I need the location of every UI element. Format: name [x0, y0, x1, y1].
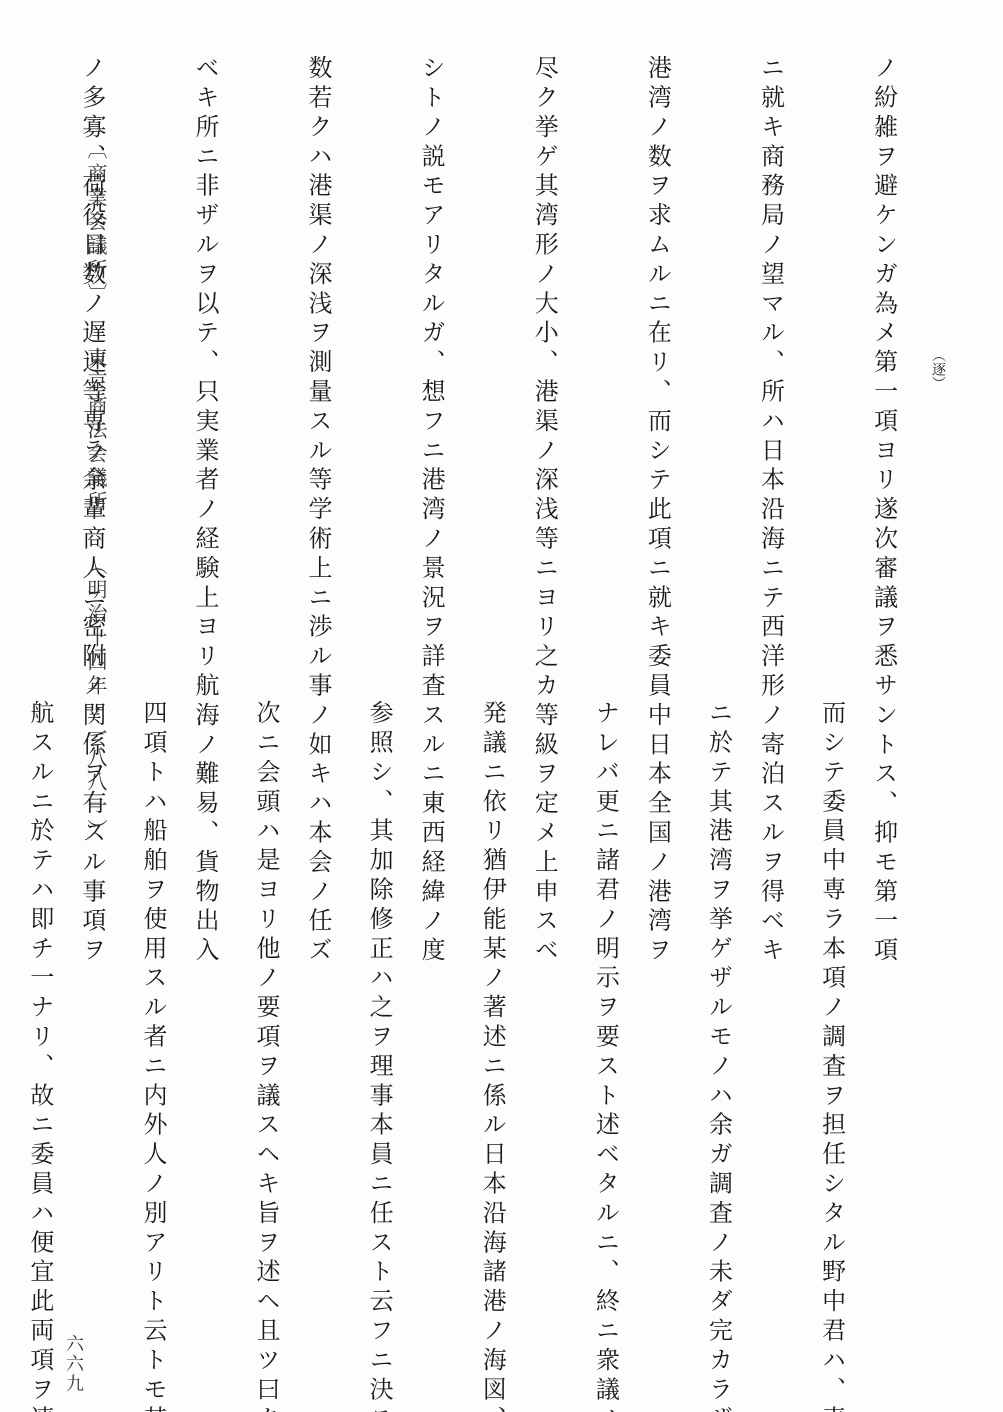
page-number: 六六九: [60, 1334, 86, 1394]
document-page: ノ紛雑ヲ避ケンガ為メ第一項ヨリ遂次審議ヲ悉サントス、抑モ第一項 ニ就キ商務局ノ望…: [0, 0, 1003, 1412]
text-column: シトノ説モアリタルガ、想フニ港湾ノ景況ヲ詳査スルニ東西経緯ノ度: [411, 55, 449, 655]
text-column: 参照シ、其加除修正ハ之ヲ理事本員ニ任スト云フニ決ス: [359, 700, 397, 1380]
text-column: 次ニ会頭ハ是ヨリ他ノ要項ヲ議スヘキ旨ヲ述ヘ且ツ曰ク、第二項ト第: [246, 700, 284, 1380]
text-column: ノ紛雑ヲ避ケンガ為メ第一項ヨリ遂次審議ヲ悉サントス、抑モ第一項: [864, 55, 902, 655]
text-column: 数若クハ港渠ノ深浅ヲ測量スル等学術上ニ渉ル事ノ如キハ本会ノ任ズ: [298, 55, 336, 655]
text-column: 航スルニ於テハ即チ一ナリ、故ニ委員ハ便宜此両項ヲ連帯シテ一項ト: [20, 700, 58, 1380]
footer-publisher: 東京商法会議所: [82, 347, 111, 515]
text-column: ニ於テ其港湾ヲ挙ゲザルモノハ余ガ調査ノ未ダ完カラザルニ由ルモノ: [699, 700, 737, 1380]
lower-text-block: 而シテ委員中専ラ本項ノ調査ヲ担任シタル野中君ハ、壱岐・対馬二国 ニ於テ其港湾ヲ挙…: [0, 700, 925, 1380]
text-column: 而シテ委員中専ラ本項ノ調査ヲ担任シタル野中君ハ、壱岐・対馬二国: [812, 700, 850, 1380]
text-column: 港湾ノ数ヲ求ムルニ在リ、而シテ此項ニ就キ委員中日本全国ノ港湾ヲ: [638, 55, 676, 655]
text-column: 四項トハ船舶ヲ使用スル者ニ内外人ノ別アリト云トモ其内地沿海ヲ通: [133, 700, 171, 1380]
text-column: ニ就キ商務局ノ望マル、所ハ日本沿海ニテ西洋形ノ寄泊スルヲ得ベキ: [751, 55, 789, 655]
upper-text-block: ノ紛雑ヲ避ケンガ為メ第一項ヨリ遂次審議ヲ悉サントス、抑モ第一項 ニ就キ商務局ノ望…: [0, 55, 977, 655]
text-column: 尽ク挙ゲ其湾形ノ大小、港渠ノ深浅等ニヨリ之カ等級ヲ定メ上申スベ: [525, 55, 563, 655]
text-column: 発議ニ依リ猶伊能某ノ著述ニ係ル日本沿海諸港ノ海図、並ニ其附録ヲ: [473, 700, 511, 1380]
footer-section: 〔商業会議所〕: [82, 139, 111, 307]
text-column: ナレバ更ニ諸君ノ明示ヲ要スト述ベタルニ、終ニ衆議ノ上益田孝君ノ: [586, 700, 624, 1380]
text-column: ベキ所ニ非ザルヲ以テ、只実業者ノ経験上ヨリ航海ノ難易、貨物出入: [185, 55, 223, 655]
correction-annotation: （逐）: [928, 348, 948, 390]
